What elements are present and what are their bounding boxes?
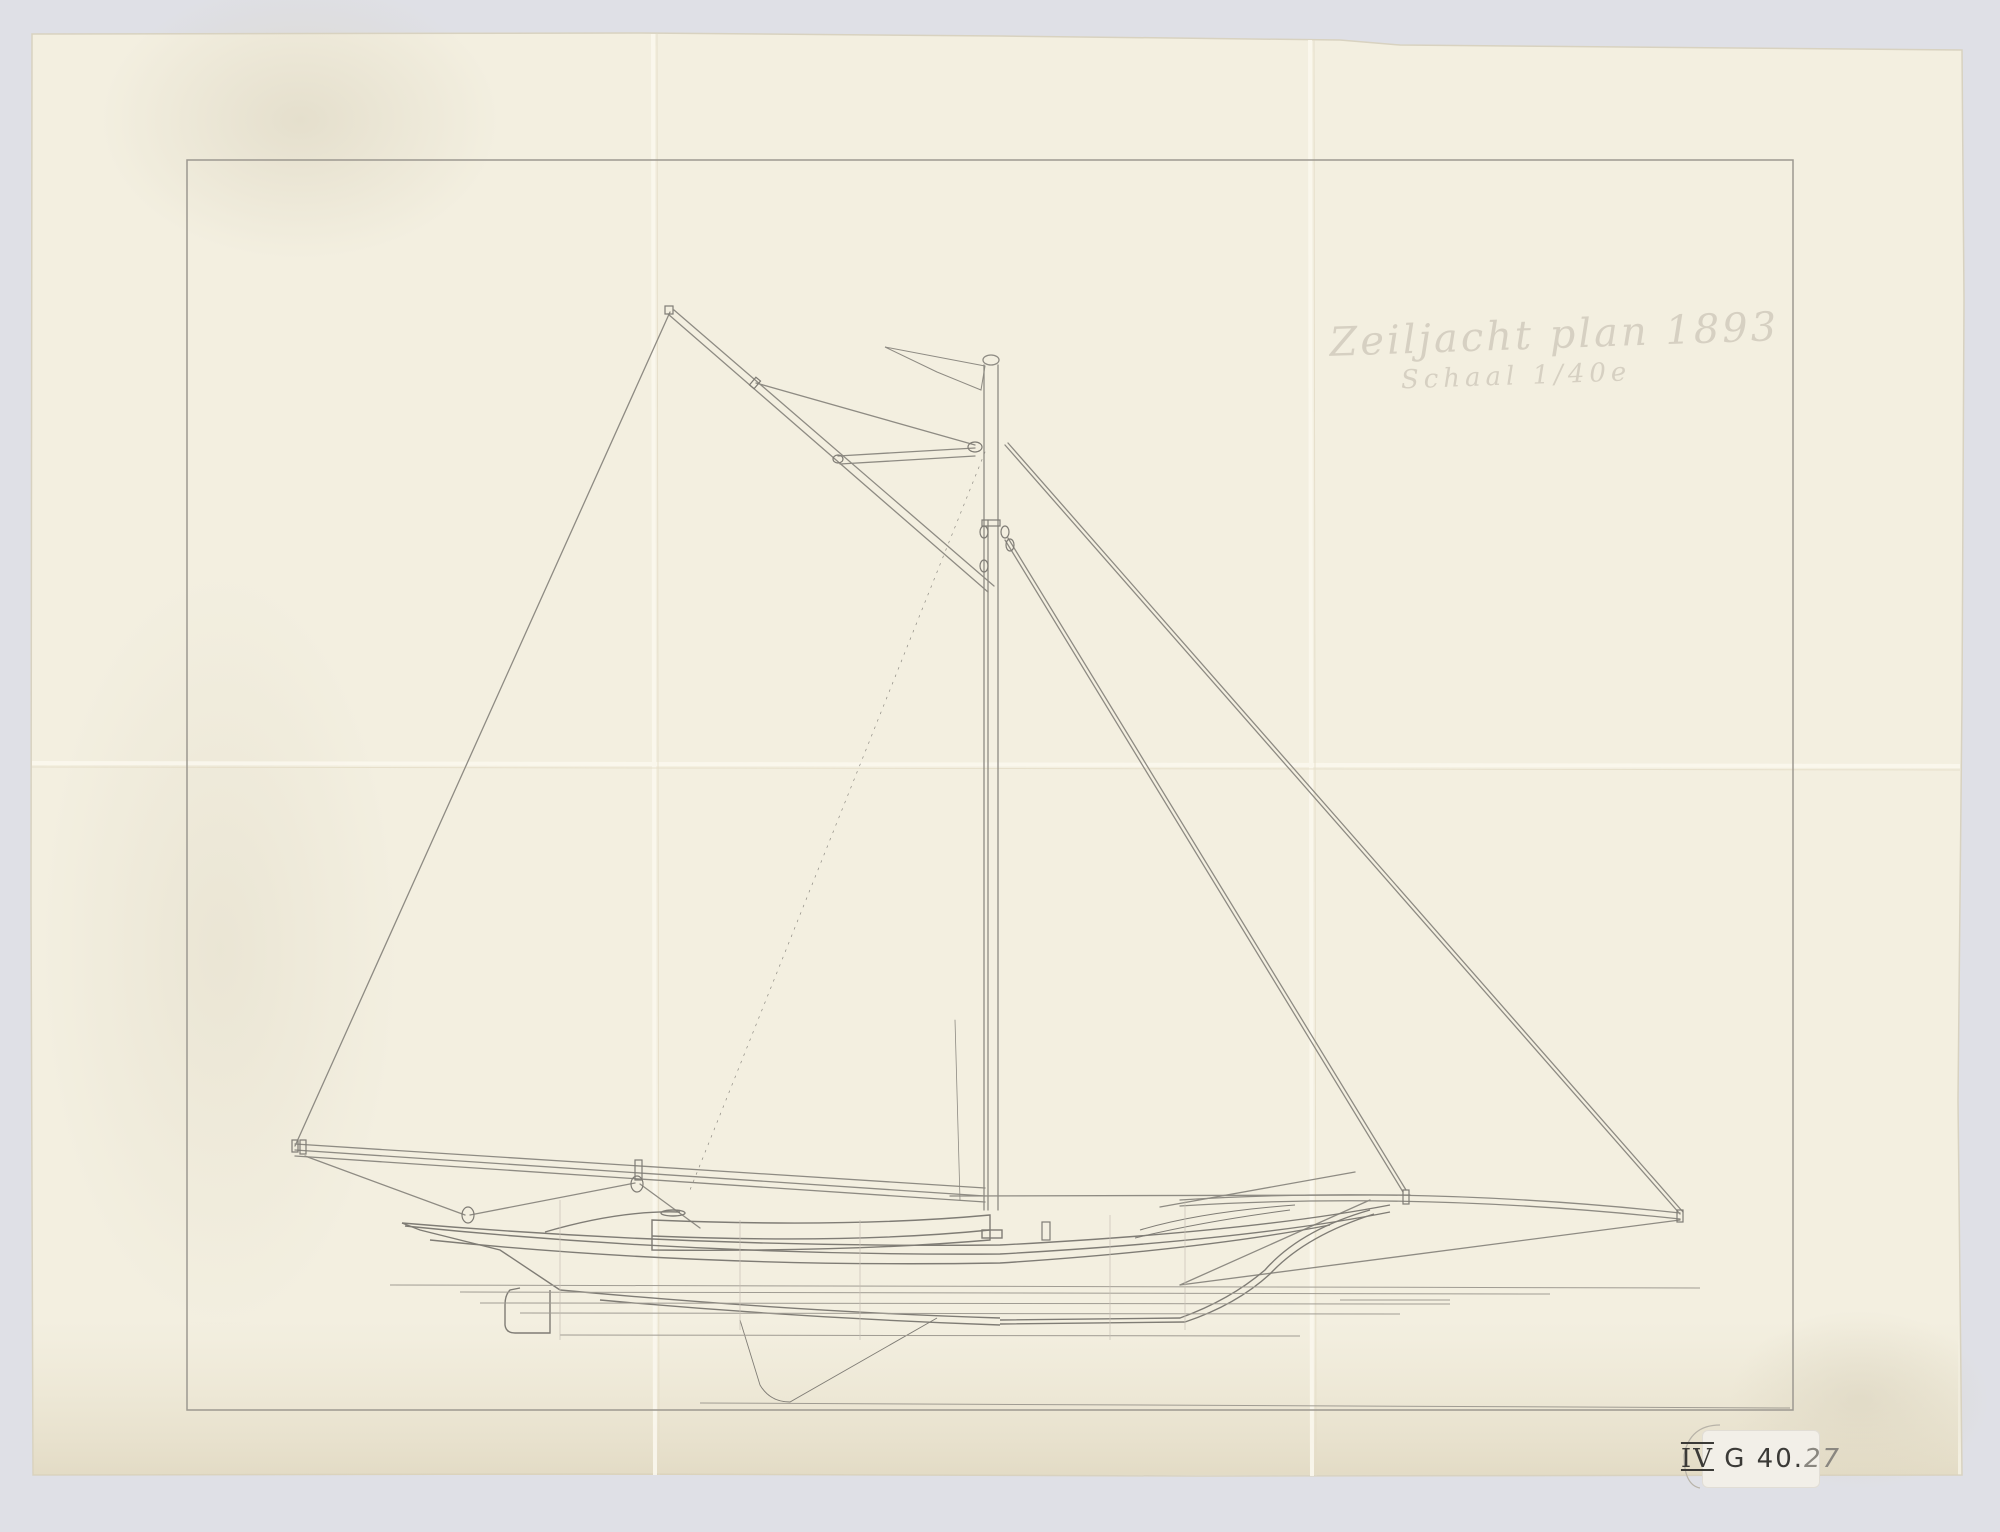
archive-number: IV G 40.27	[1681, 1444, 1841, 1474]
archive-label: IV G 40.27	[1702, 1430, 1820, 1488]
archive-suffix: 27	[1804, 1444, 1841, 1474]
archive-series: G 40.	[1724, 1444, 1804, 1474]
sail-plan-drawing	[0, 0, 2000, 1532]
archive-roman: IV	[1681, 1444, 1714, 1474]
paper-sheet	[31, 0, 1990, 1490]
drawing-sheet: Zeiljacht plan 1893 Schaal 1/40e IV G 40…	[0, 0, 2000, 1532]
title-annotation: Zeiljacht plan 1893 Schaal 1/40e	[1329, 304, 1781, 398]
